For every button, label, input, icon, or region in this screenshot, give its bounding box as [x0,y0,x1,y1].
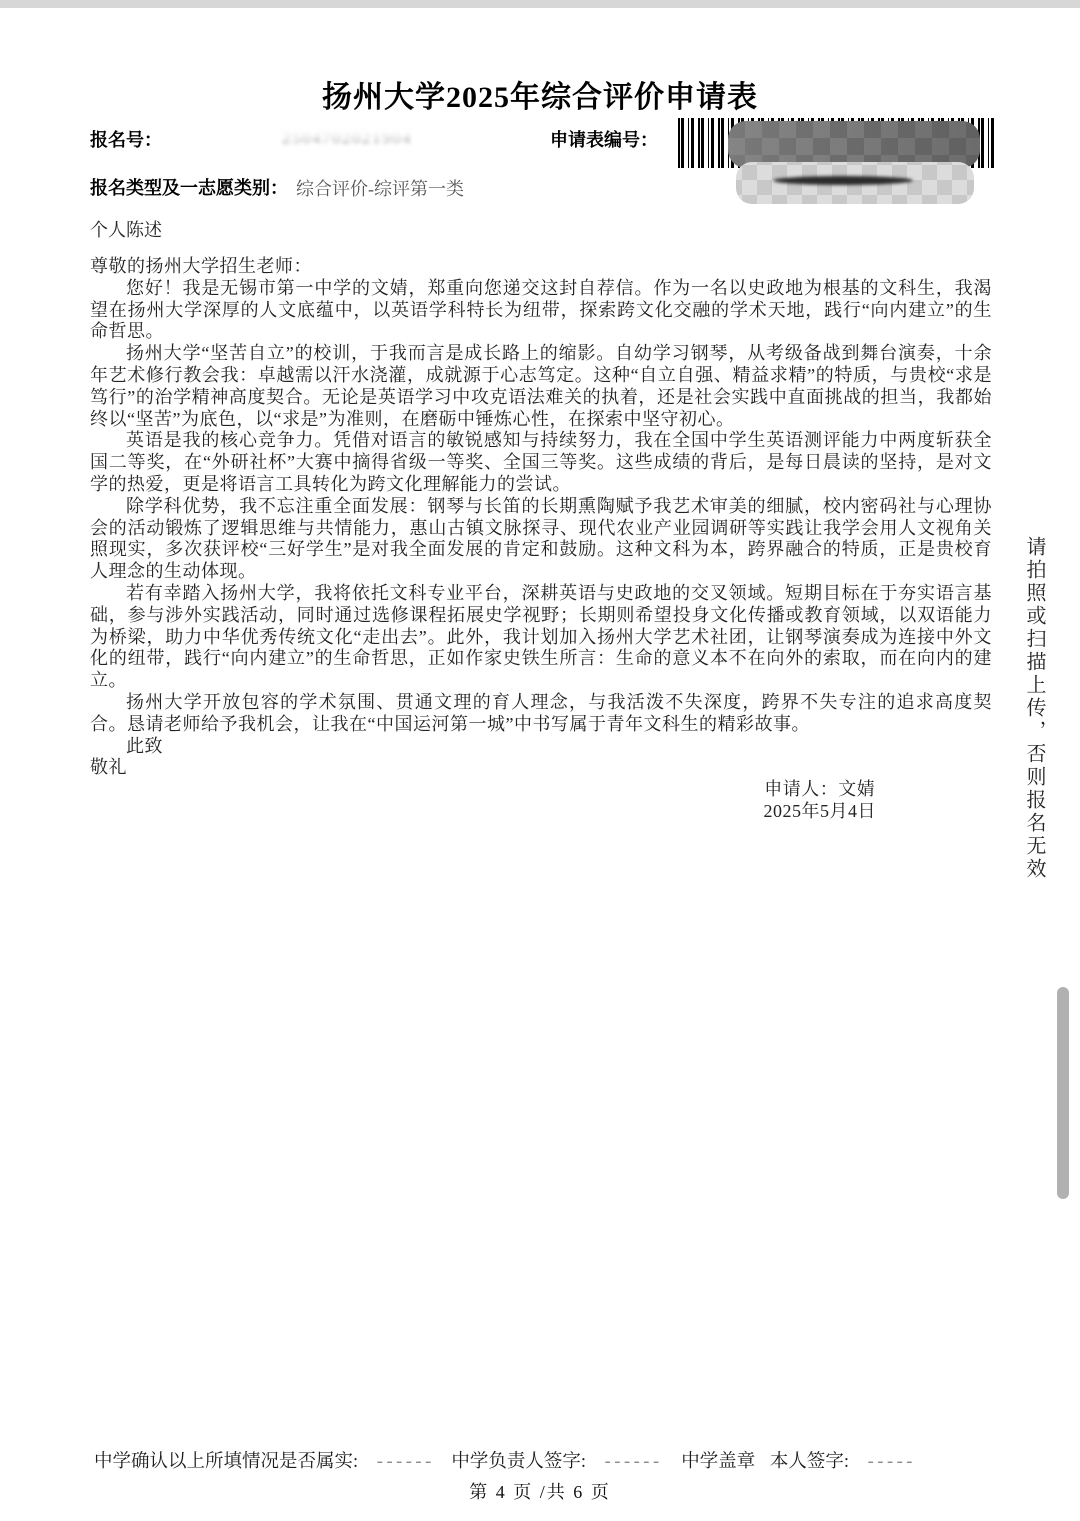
barcode-number-smudge [773,176,913,185]
viewer-top-edge [0,0,1080,8]
signature-blank-line: ------ [605,1452,663,1472]
letter-closing-cizhi: 此致 [90,736,992,758]
letter-paragraph: 您好！我是无锡市第一中学的文婧，郑重向您递交这封自荐信。作为一名以史政地为根基的… [90,278,992,343]
confirm-label: 中学确认以上所填情况是否属实: [94,1452,358,1472]
page-number-indicator: 第 4 页 /共 6 页 [0,1478,1080,1504]
school-head-sign-label: 中学负责人签字: [451,1452,586,1472]
signature-block: 申请人：文婧 2025年5月4日 [764,779,877,823]
letter-paragraph: 若有幸踏入扬州大学，我将依托文科专业平台，深耕英语与史政地的交叉领域。短期目标在… [90,583,992,692]
signature-date: 2025年5月4日 [764,801,877,823]
barcode-mosaic-redaction [728,121,980,168]
application-type-value: 综合评价-综评第一类 [296,175,464,201]
school-seal-label: 中学盖章 [681,1452,755,1472]
registration-number-label: 报名号： [90,126,162,152]
letter-salutation: 尊敬的扬州大学招生老师： [90,256,992,278]
signature-blank-line: ----- [868,1452,916,1472]
letter-paragraph: 除学科优势，我不忘注重全面发展：钢琴与长笛的长期熏陶赋予我艺术审美的细腻，校内密… [90,496,992,583]
letter-closing-jingli: 敬礼 [90,757,992,779]
scrollbar-thumb[interactable] [1057,987,1069,1199]
personal-statement-letter: 尊敬的扬州大学招生老师： 您好！我是无锡市第一中学的文婧，郑重向您递交这封自荐信… [90,256,992,823]
registration-number-redacted: 2504702021904 [278,124,458,152]
barcode [678,118,996,168]
letter-paragraph: 扬州大学开放包容的学术氛围、贯通文理的育人理念，与我活泼不失深度，跨界不失专注的… [90,692,992,736]
self-sign-label: 本人签字: [770,1452,849,1472]
school-confirmation-line: 中学确认以上所填情况是否属实: ------ 中学负责人签字: ------ 中… [94,1447,1080,1473]
letter-paragraph: 扬州大学“坚苦自立”的校训，于我而言是成长路上的缩影。自幼学习钢琴，从考级备战到… [90,343,992,430]
signature-blank-line: ------ [377,1452,435,1472]
personal-statement-heading: 个人陈述 [90,216,162,242]
page-title: 扬州大学2025年综合评价申请表 [0,72,1080,116]
letter-paragraph: 英语是我的核心竞争力。凭借对语言的敏锐感知与持续努力，我在全国中学生英语测评能力… [90,430,992,495]
redaction-blur-overlay [264,114,464,138]
applicant-name: 申请人：文婧 [764,779,877,801]
upload-instruction-vertical-note: 请拍照或扫描上传，否则报名无效 [1020,536,1049,881]
form-number-label: 申请表编号： [550,126,658,152]
application-type-label: 报名类型及一志愿类别： [90,174,288,200]
